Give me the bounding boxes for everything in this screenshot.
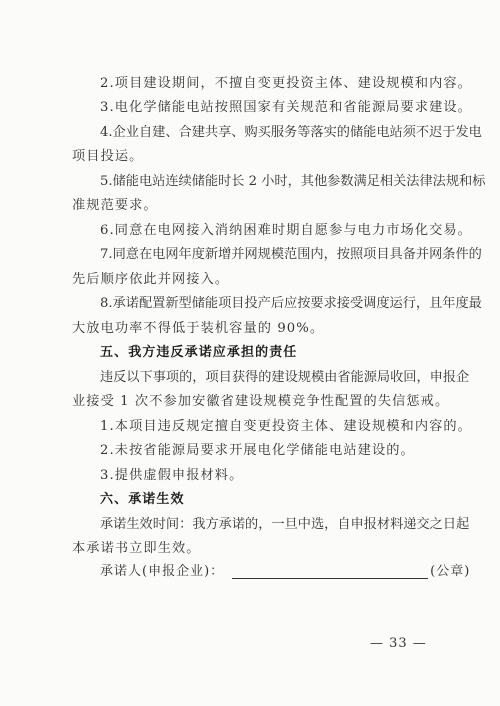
- section-5-intro-line1: 违反以下事项的，项目获得的建设规模由省能源局收回，申报企: [100, 369, 428, 387]
- violation-3: 3.提供虚假申报材料。: [100, 467, 456, 485]
- clause-5-line1: 5.储能电站连续储能时长 2 小时，其他参数满足相关法律法规和标: [100, 173, 428, 191]
- signature-block: 承诺人(申报企业)： (公章): [100, 560, 470, 579]
- section-6-text-line1: 承诺生效时间：我方承诺的，一旦中选，自申报材料递交之日起: [100, 516, 428, 534]
- clause-7-line2: 先后顺序依此并网接入。: [72, 271, 428, 289]
- clause-3: 3.电化学储能电站按照国家有关规范和省能源局要求建设。: [100, 99, 456, 117]
- clause-8-line2: 大放电功率不得低于装机容量的 90%。: [72, 320, 428, 338]
- section-heading-5: 五、我方违反承诺应承担的责任: [100, 344, 456, 362]
- signature-label: 承诺人(申报企业)：: [100, 560, 224, 579]
- clause-8-line1: 8.承诺配置新型储能项目投产后应按要求接受调度运行，且年度最: [100, 295, 428, 313]
- clause-4-line2: 项目投运。: [72, 148, 428, 166]
- clause-5-line2: 准规范要求。: [72, 197, 428, 215]
- clause-4-line1: 4.企业自建、合建共享、购买服务等落实的储能电站须不迟于发电: [100, 124, 428, 142]
- document-page: 2.项目建设期间，不擅自变更投资主体、建设规模和内容。 3.电化学储能电站按照国…: [0, 0, 500, 706]
- violation-1: 1.本项目违反规定擅自变更投资主体、建设规模和内容的。: [100, 418, 456, 436]
- violation-2: 2.未按省能源局要求开展电化学储能电站建设的。: [100, 442, 456, 460]
- section-5-intro-line2: 业接受 1 次不参加安徽省建设规模竞争性配置的失信惩戒。: [72, 393, 428, 411]
- clause-6: 6.同意在电网接入消纳困难时期自愿参与电力市场化交易。: [100, 222, 456, 240]
- page-number: — 33 —: [370, 636, 427, 651]
- signature-blank-line: [232, 564, 428, 579]
- seal-label: (公章): [430, 560, 470, 579]
- clause-2: 2.项目建设期间，不擅自变更投资主体、建设规模和内容。: [100, 75, 456, 93]
- section-6-text-line2: 本承诺书立即生效。: [72, 540, 428, 558]
- section-heading-6: 六、承诺生效: [100, 491, 456, 509]
- clause-7-line1: 7.同意在电网年度新增并网规模范围内，按照项目具备并网条件的: [100, 246, 428, 264]
